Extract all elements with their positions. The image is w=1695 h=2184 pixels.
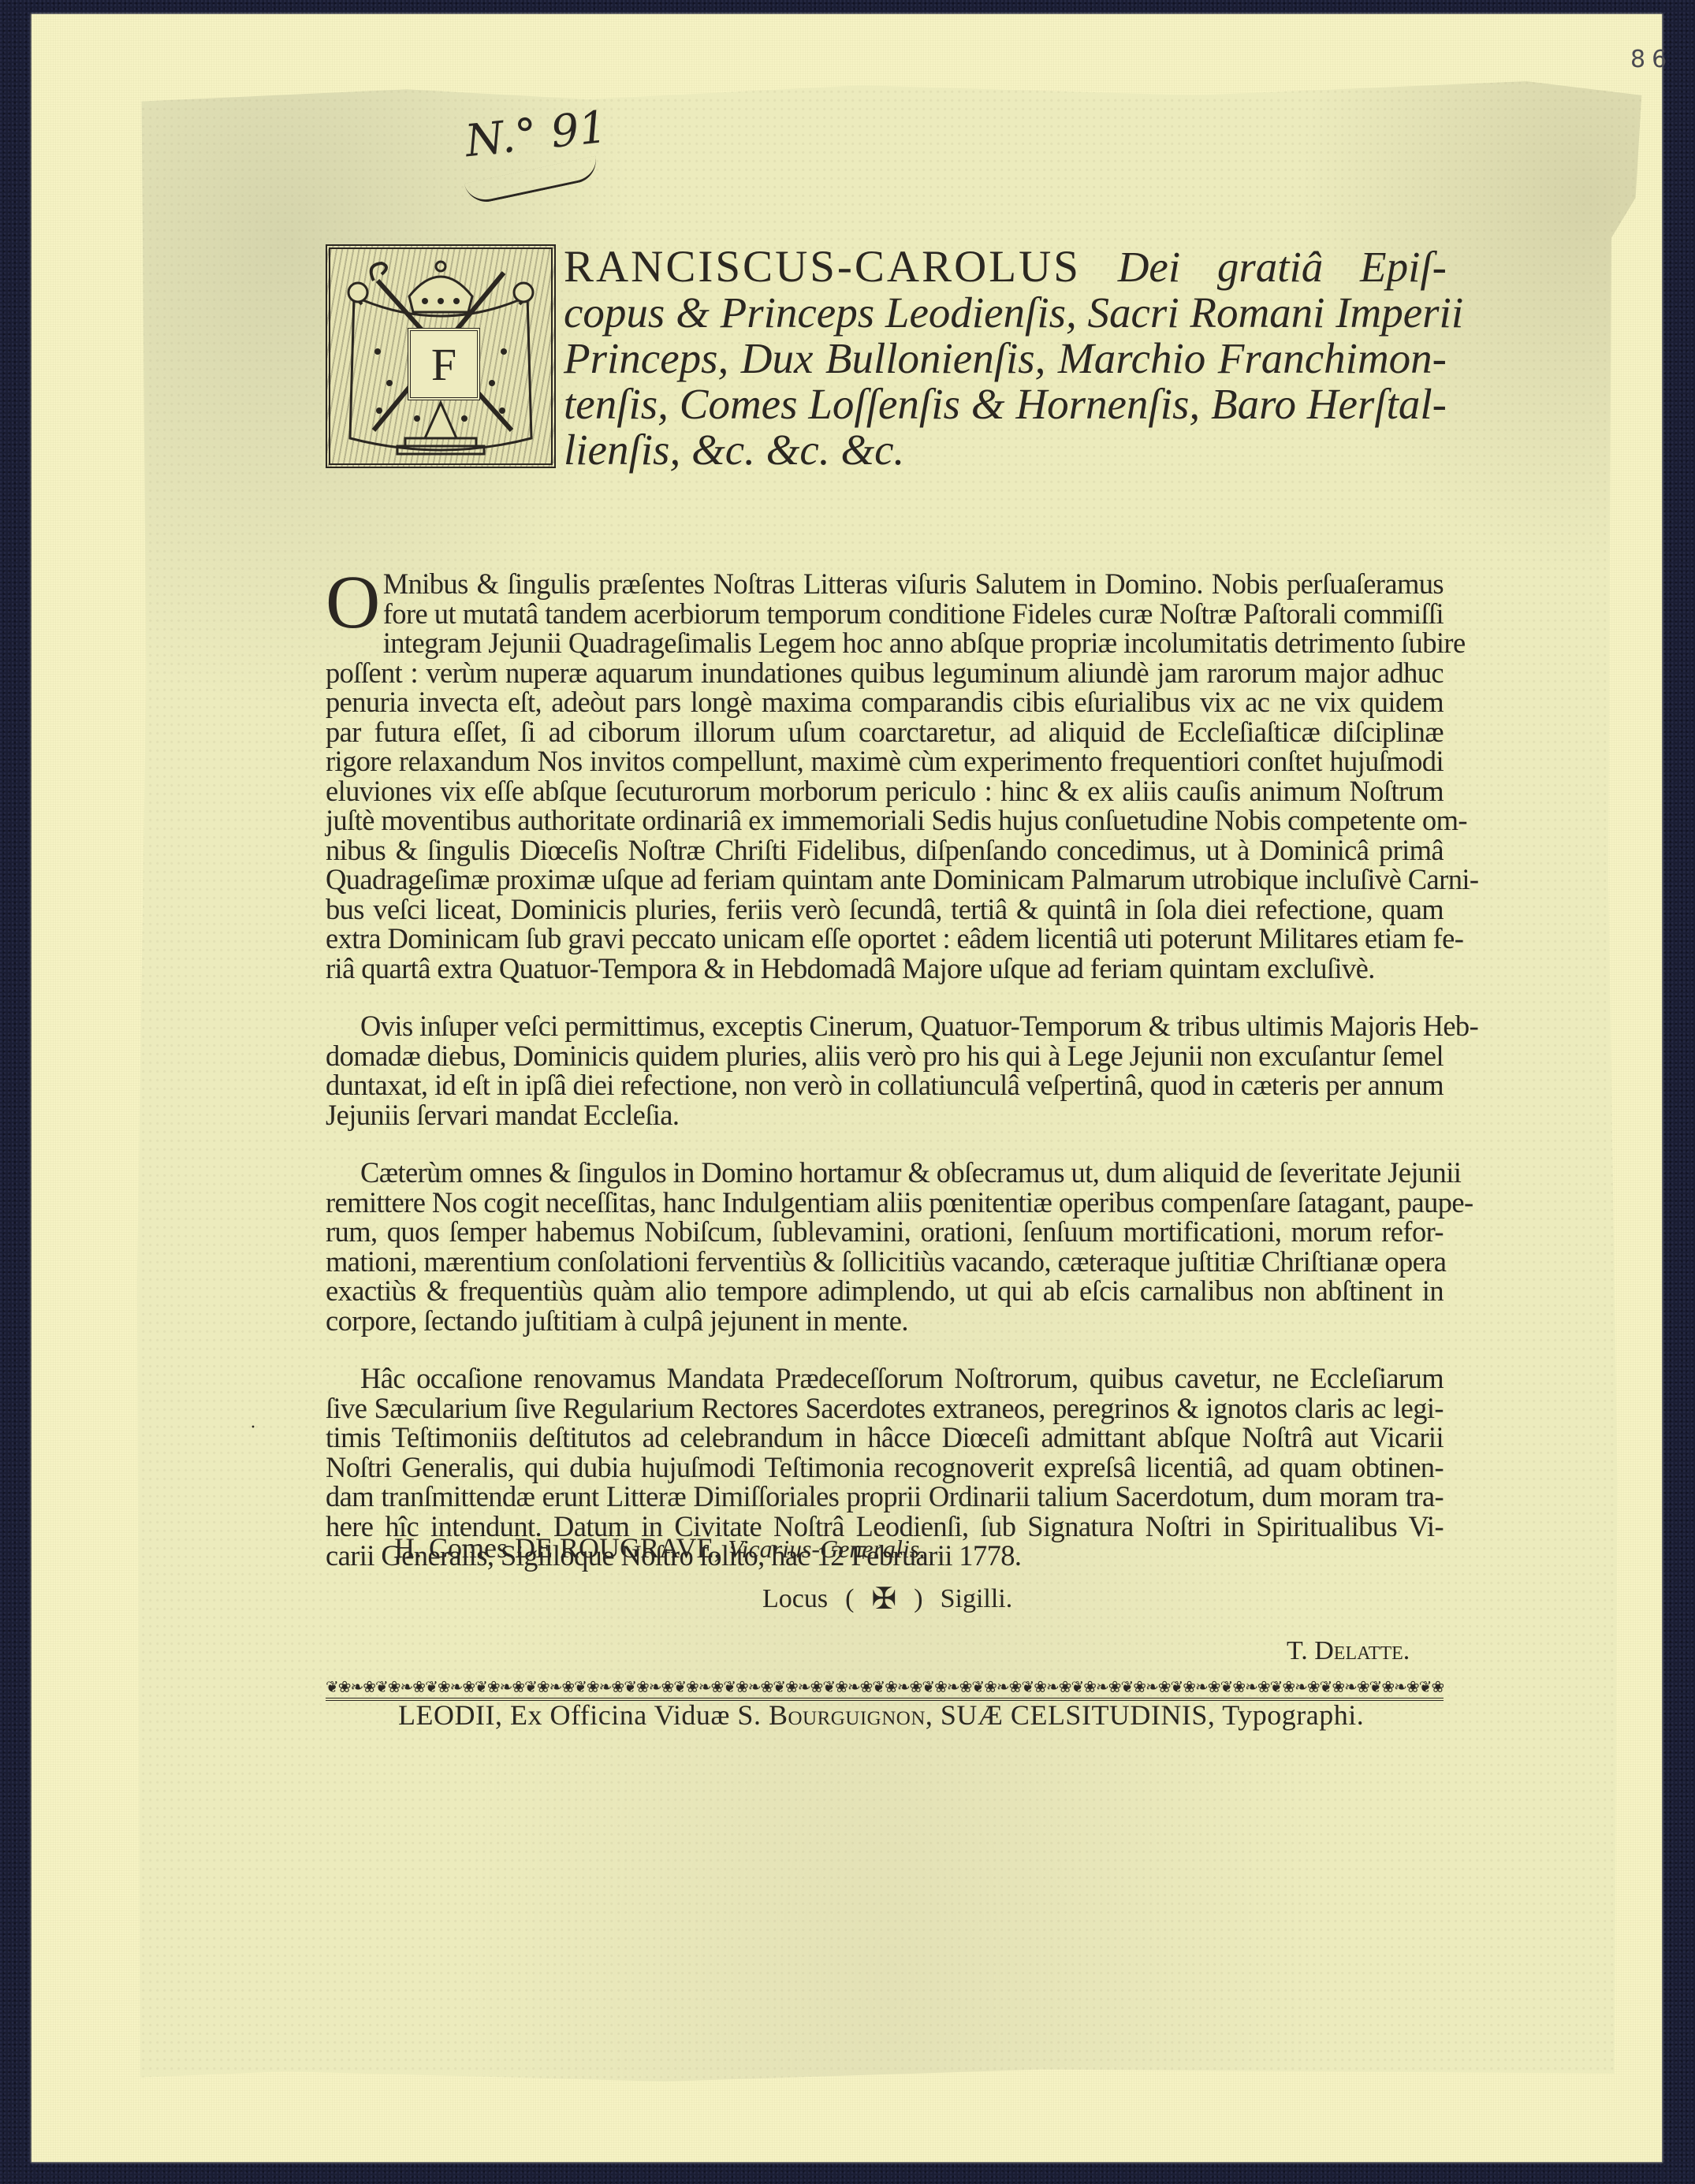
paragraph-3: Cæterùm omnes & ſingulos in Domino horta… — [326, 1158, 1444, 1335]
text-line: mationi, mærentium conſolationi ferventi… — [326, 1247, 1444, 1277]
text-line: corpore, ſectando juſtitiam à culpâ jeju… — [326, 1306, 1444, 1336]
paragraph-2: Ovis inſuper veſci permittimus, exceptis… — [326, 1011, 1444, 1129]
text-line: Ovis inſuper veſci permittimus, exceptis… — [326, 1011, 1444, 1041]
text-line: Mnibus & ſingulis præſentes Noſtras Litt… — [326, 569, 1444, 599]
vicar-general-signature: H. Comes DE ROUGRAVE, Vicarius-Generalis… — [394, 1531, 926, 1565]
seal-place: Locus ( ✠ ) Sigilli. — [762, 1581, 1012, 1617]
text-line: penuria invecta eſt, adeòut pars longè m… — [326, 687, 1444, 717]
text-line: Jejuniis ſervari mandat Eccleſia. — [326, 1100, 1444, 1130]
text-line: integram Jejunii Quadrageſimalis Legem h… — [326, 628, 1444, 658]
text-line: dam tranſmittendæ erunt Litteræ Dimiſſor… — [326, 1482, 1444, 1512]
margin-mark: · — [250, 1417, 256, 1438]
title-block: RANCISCUS-CAROLUS Dei gratiâ Epiſ- copus… — [564, 244, 1447, 473]
seal-label-locus: Locus — [762, 1584, 828, 1614]
text-line: exactiùs & frequentiùs quàm alio tempore… — [326, 1276, 1444, 1306]
text-line: Quadrageſimæ proximæ uſque ad feriam qui… — [326, 865, 1444, 895]
text-line: riâ quartâ extra Quatuor-Tempora & in He… — [326, 954, 1444, 984]
text-line: rum, quos ſemper habemus Nobiſcum, ſuble… — [326, 1217, 1444, 1247]
mandate-body: O Mnibus & ſingulis præſentes Noſtras Li… — [326, 569, 1444, 1599]
woodcut-initial: F — [326, 244, 556, 468]
text-line: juſtè moventibus authoritate ordinariâ e… — [326, 806, 1444, 835]
text-line: poſſent : verùm nuperæ aquarum inundatio… — [326, 658, 1444, 688]
text-line: timis Teſtimoniis deſtitutos ad celebran… — [326, 1423, 1444, 1453]
text-line: extra Dominicam ſub gravi peccato unicam… — [326, 924, 1444, 954]
text-line: duntaxat, id eſt in ipſâ diei refectione… — [326, 1070, 1444, 1100]
pencil-folio-number: 86 — [1630, 46, 1673, 73]
vicar-name: H. Comes DE ROUGRAVE, — [394, 1532, 721, 1564]
seal-paren-close: ) — [914, 1584, 922, 1614]
secretary-signature: T. Delatte. — [1287, 1636, 1410, 1666]
text-line: nibus & ſingulis Diœceſis Noſtræ Chriſti… — [326, 835, 1444, 865]
title-line-5: lienſis, &c. &c. &c. — [564, 427, 1447, 473]
document-header: F RANCISCUS-CAROLUS Dei gratiâ Epiſ- cop… — [326, 244, 1445, 473]
ornamental-border-icon: ❦❀❧❀❦❀❧❀❦❀❧❀❦❀❧❀❦❀❧❀❦❀❧❀❦❀❧❀❦❀❧❀❦❀❧❀❦❀❧❀… — [326, 1677, 1444, 1701]
title-line-3: Princeps, Dux Bullonienſis, Marchio Fran… — [564, 336, 1447, 381]
seal-paren-open: ( — [845, 1584, 854, 1614]
initial-letter: F — [431, 338, 456, 391]
text-line: Noſtri Generalis, qui dubia hujuſmodi Te… — [326, 1453, 1444, 1483]
imprint-place: LEODII, Ex Officina Viduæ S. — [398, 1699, 761, 1731]
title-line-2: copus & Princeps Leodienſis, Sacri Roman… — [564, 290, 1447, 336]
text-line: remittere Nos cogit neceſſitas, hanc Ind… — [326, 1188, 1444, 1218]
text-line: rigore relaxandum Nos invitos compellunt… — [326, 746, 1444, 776]
paragraph-1: O Mnibus & ſingulis præſentes Noſtras Li… — [326, 569, 1444, 983]
text-line: par futura eſſet, ſi ad ciborum illorum … — [326, 717, 1444, 747]
text-line: Cæterùm omnes & ſingulos in Domino horta… — [326, 1158, 1444, 1188]
printer-imprint: LEODII, Ex Officina Viduæ S. Bourguignon… — [398, 1698, 1364, 1732]
title-line-1: RANCISCUS-CAROLUS Dei gratiâ Epiſ- — [564, 244, 1447, 290]
imprint-printer: Bourguignon — [769, 1699, 926, 1731]
vicar-title: Vicarius-Generalis. — [728, 1535, 926, 1563]
title-line-4: tenſis, Comes Loſſenſis & Hornenſis, Bar… — [564, 381, 1447, 427]
dropcap: O — [326, 571, 380, 634]
imprint-title: , SUÆ CELSITUDINIS, Typographi. — [926, 1699, 1364, 1731]
initial-letter-box: F — [408, 328, 480, 400]
text-line: fore ut mutatâ tandem acerbiorum temporu… — [326, 599, 1444, 629]
seal-label-sigilli: Sigilli. — [941, 1584, 1013, 1614]
text-line: domadæ diebus, Dominicis quidem pluries,… — [326, 1041, 1444, 1071]
text-line: bus veſci liceat, Dominicis pluries, fer… — [326, 895, 1444, 925]
text-line: Hâc occaſione renovamus Mandata Prædeceſ… — [326, 1364, 1444, 1393]
text-line: eluviones vix eſſe abſque ſecuturorum mo… — [326, 776, 1444, 806]
cross-icon: ✠ — [871, 1581, 896, 1617]
text-line: ſive Sæcularium ſive Regularium Rectores… — [326, 1393, 1444, 1423]
